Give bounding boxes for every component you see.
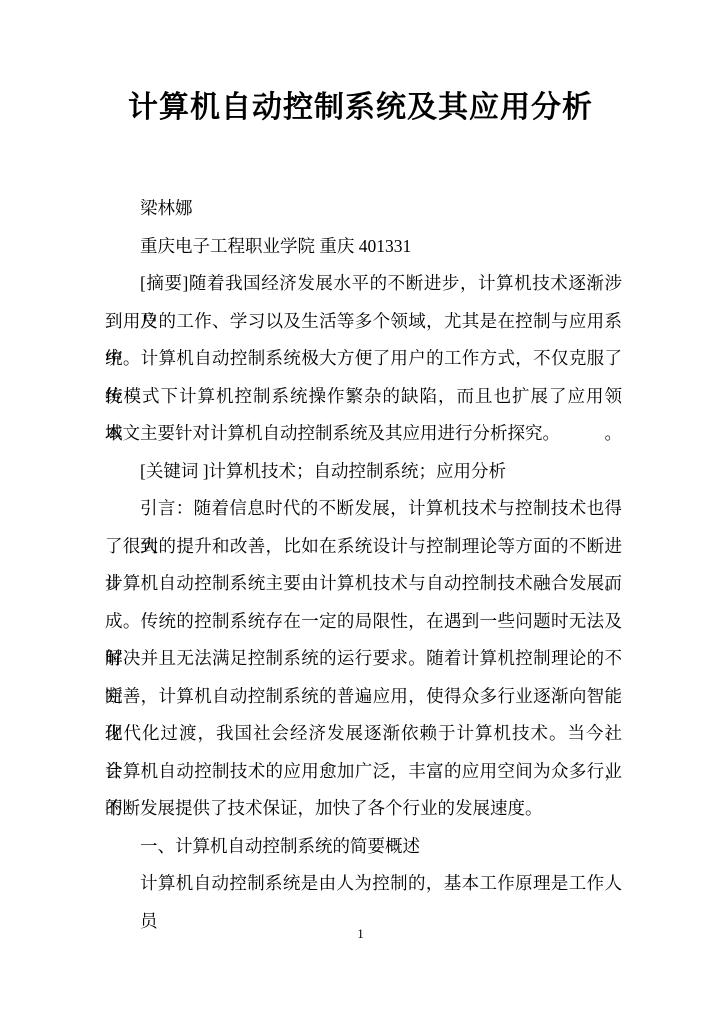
section-heading-1: 一、计算机自动控制系统的简要概述: [105, 828, 622, 866]
author-line: 梁林娜: [105, 190, 622, 228]
abstract-line: 中。计算机自动控制系统极大方便了用户的工作方式，不仅克服了传: [105, 340, 622, 378]
introduction-line: 计算机自动控制系统主要由计算机技术与自动控制技术融合发展而: [105, 565, 622, 603]
section-body-line: 计算机自动控制系统是由人为控制的，基本工作原理是工作人员: [105, 865, 622, 903]
introduction-line: 解决并且无法满足控制系统的运行要求。随着计算机控制理论的不断: [105, 640, 622, 678]
document-page: 计算机自动控制系统及其应用分析 梁林娜 重庆电子工程职业学院 重庆 401331…: [0, 0, 721, 1020]
introduction-line: 了很大的提升和改善，比如在系统设计与控制理论等方面的不断进步。: [105, 528, 622, 566]
introduction-line: 现代化过渡，我国社会经济发展逐渐依赖于计算机技术。当今社会，: [105, 715, 622, 753]
abstract-line: 本文主要针对计算机自动控制系统及其应用进行分析探究。: [105, 415, 622, 453]
abstract-line: [摘要]随着我国经济发展水平的不断进步，计算机技术逐渐涉及: [105, 265, 622, 303]
document-title: 计算机自动控制系统及其应用分析: [0, 82, 721, 126]
keywords-line: [关键词 ]计算机技术；自动控制系统；应用分析: [105, 453, 622, 491]
page-number: 1: [0, 925, 721, 943]
affiliation-line: 重庆电子工程职业学院 重庆 401331: [105, 228, 622, 266]
introduction-line: 完善，计算机自动控制系统的普遍应用，使得众多行业逐渐向智能化、: [105, 678, 622, 716]
abstract-line: 统模式下计算机控制系统操作繁杂的缺陷，而且也扩展了应用领域。: [105, 378, 622, 416]
document-body: 梁林娜 重庆电子工程职业学院 重庆 401331 [摘要]随着我国经济发展水平的…: [105, 190, 622, 903]
introduction-line: 不断发展提供了技术保证，加快了各个行业的发展速度。: [105, 790, 622, 828]
introduction-line: 计算机自动控制技术的应用愈加广泛，丰富的应用空间为众多行业的: [105, 753, 622, 791]
introduction-line: 引言：随着信息时代的不断发展，计算机技术与控制技术也得到: [105, 490, 622, 528]
abstract-line: 到用户的工作、学习以及生活等多个领域，尤其是在控制与应用系统: [105, 303, 622, 341]
introduction-line: 成。传统的控制系统存在一定的局限性，在遇到一些问题时无法及时: [105, 603, 622, 641]
